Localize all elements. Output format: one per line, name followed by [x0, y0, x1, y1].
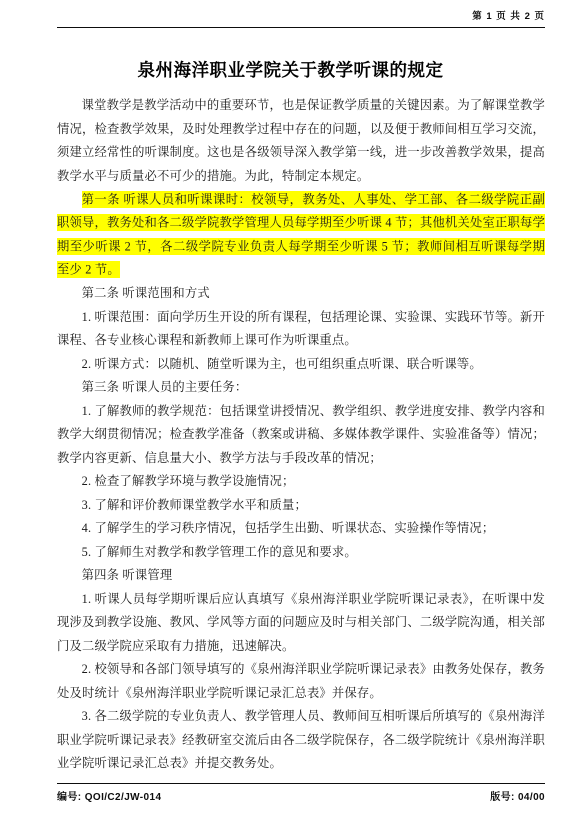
doc-number-value: QOI/C2/JW-014 [85, 792, 162, 803]
page-number-indicator: 第 1 页 共 2 页 [472, 11, 545, 22]
paragraph: 4. 了解学生的学习秩序情况，包括学生出勤、听课状态、实验操作等情况； [57, 517, 545, 541]
doc-number: 编号: QOI/C2/JW-014 [57, 788, 161, 803]
version-value: 04/00 [518, 792, 545, 803]
paragraph: 课堂教学是教学活动中的重要环节，也是保证教学质量的关键因素。为了解课堂教学情况，… [57, 94, 545, 188]
document-title: 泉州海洋职业学院关于教学听课的规定 [0, 57, 581, 82]
page-footer: 编号: QOI/C2/JW-014 版号: 04/00 [57, 783, 545, 803]
paragraph: 3. 了解和评价教师课堂教学水平和质量； [57, 494, 545, 518]
page-header: 第 1 页 共 2 页 [57, 0, 545, 28]
paragraph: 1. 听课范围：面向学历生开设的所有课程，包括理论课、实验课、实践环节等。新开课… [57, 306, 545, 353]
paragraph: 2. 检查了解教学环境与教学设施情况； [57, 470, 545, 494]
paragraph: 第四条 听课管理 [57, 564, 545, 588]
paragraph: 2. 听课方式：以随机、随堂听课为主，也可组织重点听课、联合听课等。 [57, 353, 545, 377]
paragraph: 1. 听课人员每学期听课后应认真填写《泉州海洋职业学院听课记录表》，在听课中发现… [57, 588, 545, 659]
document-body: 课堂教学是教学活动中的重要环节，也是保证教学质量的关键因素。为了解课堂教学情况，… [57, 94, 545, 776]
paragraph: 第一条 听课人员和听课课时：校领导，教务处、人事处、学工部、各二级学院正副职领导… [57, 188, 545, 282]
document-page: 第 1 页 共 2 页 泉州海洋职业学院关于教学听课的规定 课堂教学是教学活动中… [0, 0, 581, 814]
highlighted-text: 第一条 听课人员和听课课时：校领导，教务处、人事处、学工部、各二级学院正副职领导… [57, 191, 545, 279]
paragraph: 第三条 听课人员的主要任务： [57, 376, 545, 400]
version-number: 版号: 04/00 [490, 788, 545, 803]
version-label: 版号: [490, 792, 515, 803]
paragraph: 5. 了解师生对教学和教学管理工作的意见和要求。 [57, 541, 545, 565]
doc-number-label: 编号: [57, 792, 82, 803]
paragraph: 1. 了解教师的教学规范：包括课堂讲授情况、教学组织、教学进度安排、教学内容和教… [57, 400, 545, 471]
paragraph: 2. 校领导和各部门领导填写的《泉州海洋职业学院听课记录表》由教务处保存，教务处… [57, 658, 545, 705]
paragraph: 3. 各二级学院的专业负责人、教学管理人员、教师间互相听课后所填写的《泉州海洋职… [57, 705, 545, 776]
paragraph: 第二条 听课范围和方式 [57, 282, 545, 306]
